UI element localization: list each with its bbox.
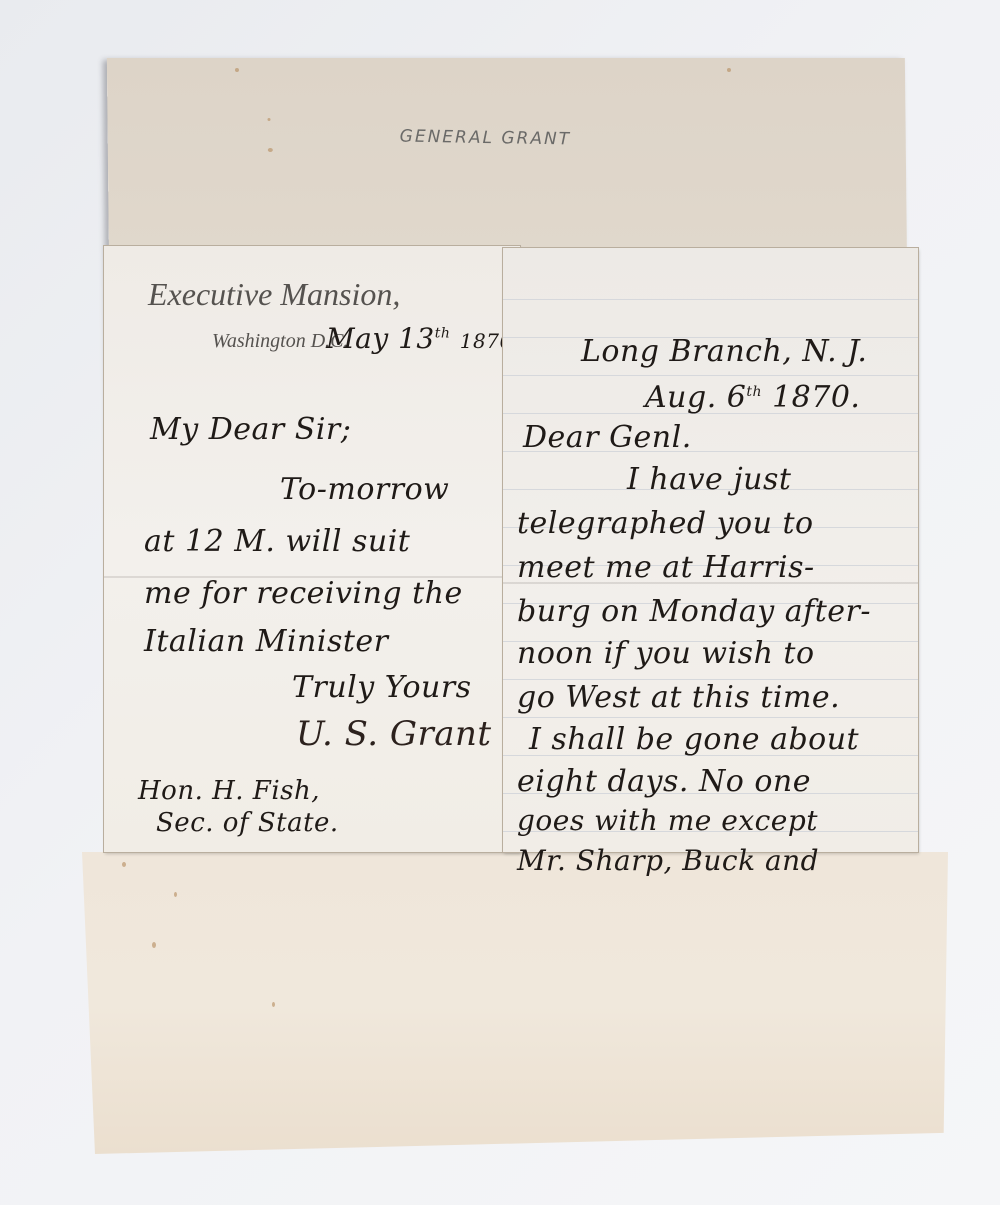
body-line: eight days. No one (517, 764, 811, 799)
foxing-spot (727, 68, 731, 72)
body-line: me for receiving the (144, 576, 463, 611)
folded-bottom-sheet (82, 852, 948, 1154)
letter-executive-mansion: Executive Mansion, Washington D.C. May 1… (104, 246, 520, 852)
body-line: Italian Minister (144, 624, 389, 659)
foxing-spot (267, 118, 270, 121)
body-line: Mr. Sharp, Buck and (517, 844, 819, 877)
body-line: I have just (627, 462, 791, 497)
letter-place: Long Branch, N. J. (581, 334, 867, 369)
foxing-spot (235, 68, 239, 72)
letter-long-branch: Long Branch, N. J. Aug. 6th 1870. Dear G… (503, 248, 918, 852)
salutation: My Dear Sir; (150, 412, 351, 447)
foxing-spot (152, 942, 156, 948)
salutation: Dear Genl. (523, 420, 692, 455)
body-line: meet me at Harris- (517, 550, 815, 585)
signature: U. S. Grant (296, 714, 492, 754)
addressee-line: Hon. H. Fish, (138, 776, 320, 806)
body-line: telegraphed you to (517, 506, 814, 541)
date-day: Aug. 6 (645, 380, 746, 415)
foxing-spot (174, 892, 177, 897)
letter-date: May 13th 1870 (326, 322, 513, 355)
foxing-spot (268, 148, 273, 152)
date-day: May 13 (326, 322, 435, 355)
body-line: goes with me except (517, 804, 818, 837)
foxing-spot (272, 1002, 275, 1007)
closing: Truly Yours (292, 670, 472, 705)
letter-date: Aug. 6th 1870. (645, 380, 860, 415)
date-suffix: th (435, 326, 451, 342)
date-suffix: th (746, 384, 762, 400)
letterhead: Executive Mansion, (148, 276, 400, 313)
body-line: To-morrow (280, 472, 449, 507)
foxing-spot (122, 862, 126, 867)
body-line: at 12 M. will suit (144, 524, 410, 559)
addressee-line: Sec. of State. (156, 808, 339, 838)
body-line: burg on Monday after- (517, 594, 871, 629)
pencil-note: GENERAL GRANT (400, 127, 572, 150)
date-year: 1870. (772, 380, 860, 415)
body-line: I shall be gone about (529, 722, 859, 757)
body-line: noon if you wish to (517, 636, 815, 671)
body-line: go West at this time. (517, 680, 840, 715)
